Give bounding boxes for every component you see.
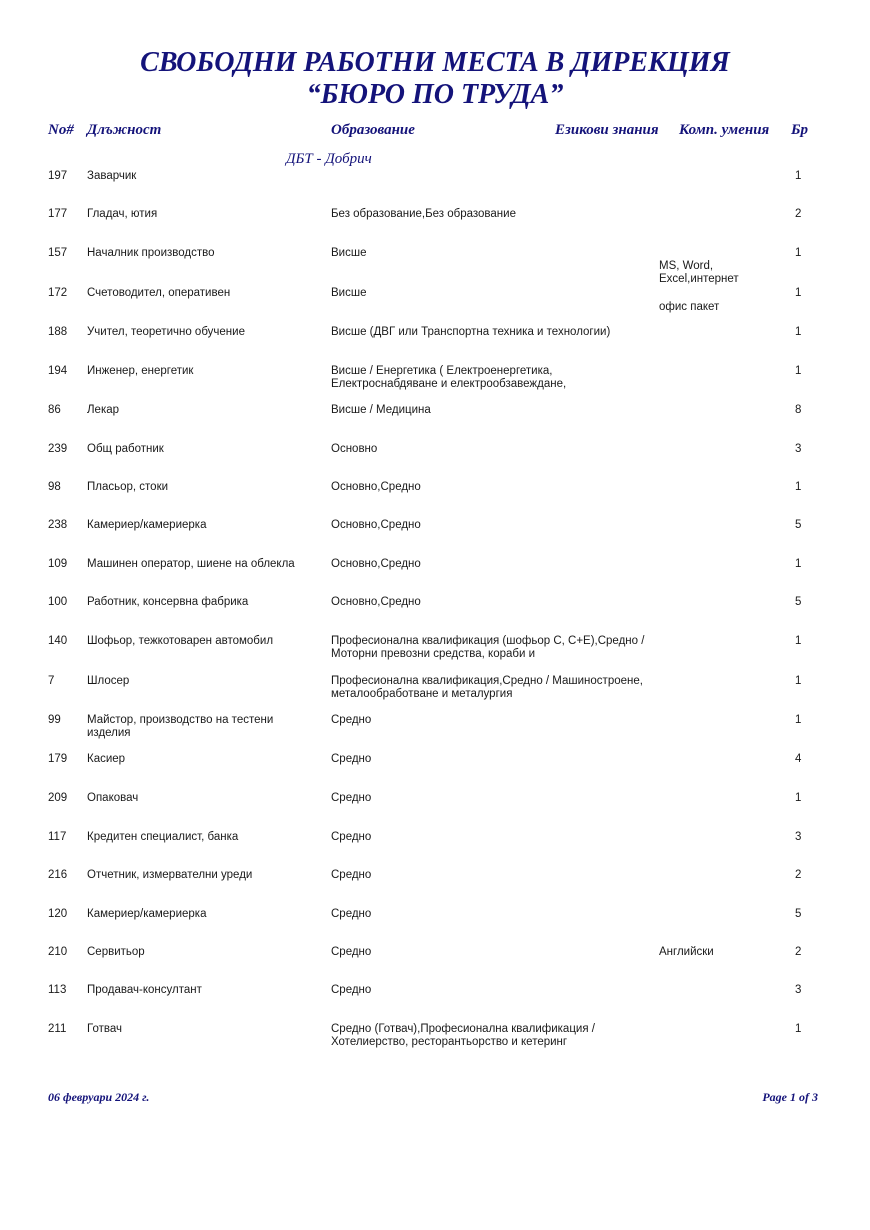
header-no: No# [48,121,74,139]
cell-no: 239 [48,443,67,456]
cell-position: Отчетник, измервателни уреди [87,869,312,882]
cell-education: Основно,Средно [331,558,651,571]
cell-no: 216 [48,869,67,882]
cell-position: Опаковач [87,792,312,805]
header-computer-skills: Комп. умения [679,121,769,139]
cell-education: Висше / Медицина [331,404,651,417]
section-heading: ДБТ - Добрич [286,150,372,168]
cell-count: 8 [795,404,801,417]
cell-count: 1 [795,326,801,339]
cell-education: Средно [331,792,651,805]
cell-education: Средно (Готвач),Професионална квалификац… [331,1023,651,1049]
cell-education: Средно [331,946,651,959]
cell-position: Общ работник [87,443,312,456]
cell-education: Висше [331,247,651,260]
cell-count: 1 [795,1023,801,1036]
cell-no: 120 [48,908,67,921]
cell-education: Средно [331,831,651,844]
cell-no: 140 [48,635,67,648]
cell-no: 172 [48,287,67,300]
cell-count: 1 [795,481,801,494]
cell-no: 179 [48,753,67,766]
cell-count: 4 [795,753,801,766]
cell-position: Шофьор, тежкотоварен автомобил [87,635,312,648]
cell-position: Сервитьор [87,946,312,959]
cell-count: 1 [795,675,801,688]
cell-no: 197 [48,170,67,183]
cell-position: Пласьор, стоки [87,481,312,494]
document-title-line2: “БЮРО ПО ТРУДА” [0,79,870,111]
cell-education: Висше / Енергетика ( Електроенергетика, … [331,365,651,391]
cell-no: 238 [48,519,67,532]
cell-position: Шлосер [87,675,312,688]
cell-count: 3 [795,984,801,997]
cell-position: Касиер [87,753,312,766]
cell-education: Средно [331,908,651,921]
cell-count: 3 [795,443,801,456]
cell-position: Инженер, енергетик [87,365,312,378]
cell-position: Камериер/камериерка [87,908,312,921]
cell-count: 1 [795,365,801,378]
cell-no: 210 [48,946,67,959]
cell-count: 5 [795,908,801,921]
cell-no: 209 [48,792,67,805]
cell-count: 1 [795,635,801,648]
cell-no: 100 [48,596,67,609]
cell-education: Професионална квалификация (шофьор С, С+… [331,635,651,661]
cell-education: Средно [331,753,651,766]
cell-position: Кредитен специалист, банка [87,831,312,844]
cell-no: 7 [48,675,54,688]
header-education: Образование [331,121,415,139]
cell-count: 1 [795,792,801,805]
header-languages: Езикови знания [555,121,659,139]
cell-count: 2 [795,946,801,959]
cell-count: 5 [795,596,801,609]
cell-no: 86 [48,404,61,417]
cell-position: Работник, консервна фабрика [87,596,312,609]
cell-position: Счетоводител, оперативен [87,287,312,300]
cell-education: Професионална квалификация,Средно / Маши… [331,675,651,701]
cell-count: 2 [795,869,801,882]
cell-position: Учител, теоретично обучение [87,326,312,339]
cell-no: 177 [48,208,67,221]
cell-no: 98 [48,481,61,494]
header-count: Бр [791,121,808,139]
computer-skills-line: офис пакет [659,301,719,314]
cell-position: Камериер/камериерка [87,519,312,532]
cell-position: Началник производство [87,247,312,260]
cell-no: 99 [48,714,61,727]
cell-education: Основно [331,443,651,456]
cell-count: 1 [795,714,801,727]
cell-education: Средно [331,714,651,727]
cell-position: Заварчик [87,170,312,183]
cell-education: Средно [331,984,651,997]
cell-no: 117 [48,831,66,844]
document-title-line1: СВОБОДНИ РАБОТНИ МЕСТА В ДИРЕКЦИЯ [0,47,870,79]
cell-count: 1 [795,247,801,260]
cell-count: 1 [795,170,801,183]
cell-position: Продавач-консултант [87,984,312,997]
cell-education: Висше [331,287,651,300]
cell-count: 3 [795,831,801,844]
footer-date: 06 февруари 2024 г. [48,1090,149,1104]
cell-position: Машинен оператор, шиене на облекла [87,558,312,571]
cell-position: Готвач [87,1023,312,1036]
cell-position: Гладач, ютия [87,208,312,221]
cell-count: 1 [795,558,801,571]
cell-count: 2 [795,208,801,221]
header-position: Длъжност [87,121,161,139]
cell-education: Средно [331,869,651,882]
cell-position: Майстор, производство на тестени изделия [87,714,312,740]
cell-no: 188 [48,326,67,339]
cell-education: Основно,Средно [331,519,651,532]
computer-skills-line: MS, Word, [659,260,713,273]
cell-no: 113 [48,984,66,997]
cell-count: 5 [795,519,801,532]
cell-no: 194 [48,365,67,378]
cell-count: 1 [795,287,801,300]
cell-no: 157 [48,247,67,260]
cell-education: Без образование,Без образование [331,208,651,221]
computer-skills-line: Excel,интернет [659,273,739,286]
cell-no: 211 [48,1023,66,1036]
footer-page-number: Page 1 of 3 [762,1090,818,1104]
cell-education: Висше (ДВГ или Транспортна техника и тех… [331,326,651,339]
cell-position: Лекар [87,404,312,417]
cell-languages: Английски [659,946,769,959]
cell-no: 109 [48,558,67,571]
cell-education: Основно,Средно [331,596,651,609]
cell-education: Основно,Средно [331,481,651,494]
